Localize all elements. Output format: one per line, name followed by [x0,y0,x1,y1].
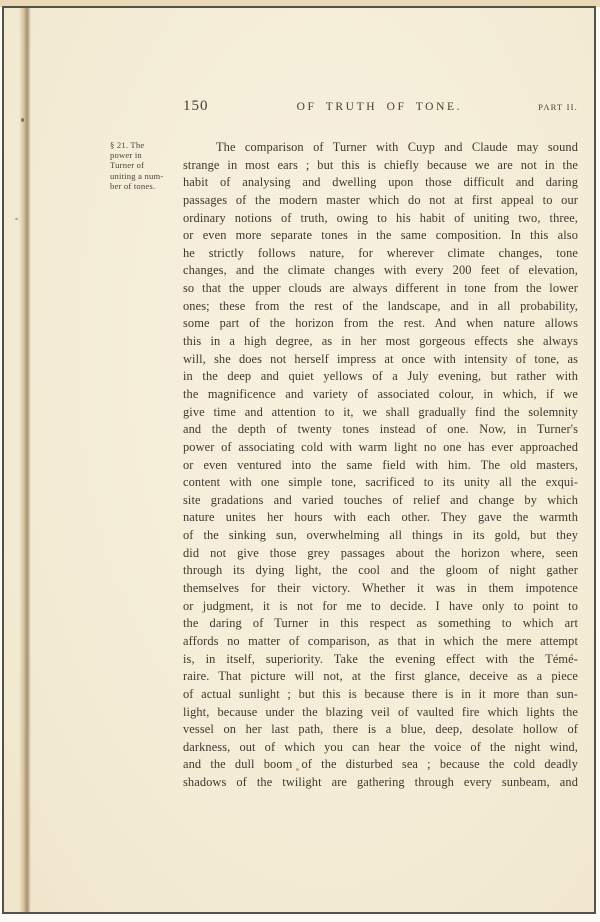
margin-note-line: uniting a num- [110,171,184,181]
body-text-line: through its dying light, the cool and th… [183,562,578,580]
body-text-line: shadows of the twilight are gathering th… [183,774,578,792]
body-text-line: and the depth of twenty tones instead of… [183,421,578,439]
body-text: The comparison of Turner with Cuyp and C… [183,139,578,792]
body-text-line: did not give those grey passages about t… [183,545,578,563]
paper-speck [21,118,24,122]
body-text-line: and the dull boom of the disturbed sea ;… [183,756,578,774]
body-text-line: nature unites her hours with each other.… [183,509,578,527]
body-text-line: raire. That picture will not, at the fir… [183,668,578,686]
body-text-line: in the deep and quiet yellows of a July … [183,368,578,386]
scanned-book-page: 150 OF TRUTH OF TONE. PART II. § 21. The… [0,0,600,922]
body-text-line: The comparison of Turner with Cuyp and C… [183,139,578,157]
body-text-line: changes, and the climate changes with ev… [183,262,578,280]
body-text-line: vessel on her last path, there is a blue… [183,721,578,739]
margin-note-line: Turner of [110,160,184,170]
page-number: 150 [183,98,209,115]
body-text-line: he strictly follows nature, for wherever… [183,245,578,263]
body-text-line: site gradations and varied touches of re… [183,492,578,510]
body-text-line: affords no matter of comparison, as that… [183,633,578,651]
body-text-line: so that the upper clouds are always diff… [183,280,578,298]
body-text-line: some part of the horizon from the rest. … [183,315,578,333]
margin-note-line: ber of tones. [110,181,184,191]
body-text-line: will, she does not herself impress at on… [183,351,578,369]
body-text-line: passages of the modern master which do n… [183,192,578,210]
body-text-line: light, because under the blazing veil of… [183,704,578,722]
body-text-line: the daring of Turner in this respect as … [183,615,578,633]
body-text-line: power of associating cold with warm ligh… [183,439,578,457]
body-text-line: ordinary notions of truth, owing to his … [183,210,578,228]
margin-note: § 21. The power in Turner of uniting a n… [110,140,184,191]
paper-speck [15,218,18,220]
body-text-line: or even more separate tones in the same … [183,227,578,245]
body-text-line: or judgment, it is not for me to decide.… [183,598,578,616]
body-text-line: darkness, out of which you can hear the … [183,739,578,757]
part-label: PART II. [538,102,578,112]
margin-note-line: power in [110,150,184,160]
body-text-line: content with one simple tone, sacrificed… [183,474,578,492]
body-text-line: or even ventured into the same field wit… [183,457,578,475]
body-text-line: themselves for their victory. Whether it… [183,580,578,598]
body-text-line: the magnificence and variety of associat… [183,386,578,404]
running-title: OF TRUTH OF TONE. [297,101,462,113]
body-text-line: give time and attention to it, we shall … [183,404,578,422]
page-paper: 150 OF TRUTH OF TONE. PART II. § 21. The… [2,6,596,914]
body-text-line: is, in itself, superiority. Take the eve… [183,651,578,669]
running-head: 150 OF TRUTH OF TONE. PART II. [183,98,578,115]
body-text-line: strange in most ears ; but this is chief… [183,157,578,175]
body-text-line: ones; these from the rest of the landsca… [183,298,578,316]
body-text-line: of actual sunlight ; but this is because… [183,686,578,704]
body-text-line: this in a high degree, as in her most go… [183,333,578,351]
margin-note-line: § 21. The [110,140,184,150]
body-text-line: habit of analysing and dwelling upon tho… [183,174,578,192]
body-text-line: of the sinking sun, overwhelming all thi… [183,527,578,545]
binding-crease [19,8,31,912]
